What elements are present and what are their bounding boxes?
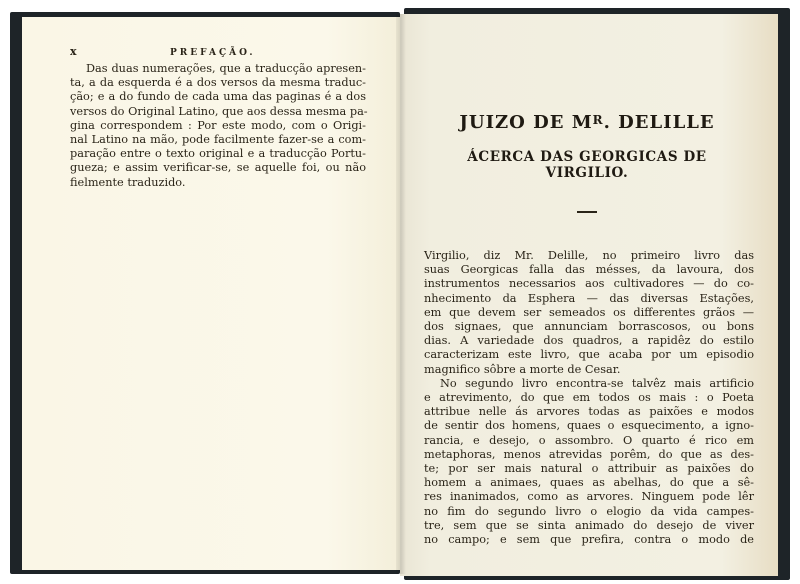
left-running-head: x PREFAÇÃO. xyxy=(70,45,384,58)
text-line: attribue nelle ás arvores todas as paixõ… xyxy=(424,405,754,419)
preface-paragraph: Das duas numerações, que a traducção apr… xyxy=(70,62,366,190)
text-line: dias. A variedade dos quadros, a rapidêz… xyxy=(424,334,754,348)
text-line: no fim do segundo livro o elogio da vida… xyxy=(424,505,754,519)
right-page: JUIZO DE MR. DELILLE ÁCERCA DAS GEORGICA… xyxy=(400,14,778,576)
chapter-subtitle: ÁCERCA DAS GEORGICAS DE VIRGILIO. xyxy=(424,149,750,181)
text-line: metaphoras, menos atrevidas porêm, do qu… xyxy=(424,448,754,462)
text-line: nhecimento da Esphera — das diversas Est… xyxy=(424,292,754,306)
text-line: tre, sem que se sinta animado do desejo … xyxy=(424,519,754,533)
chapter-title-block: JUIZO DE MR. DELILLE ÁCERCA DAS GEORGICA… xyxy=(424,112,750,213)
text-line: ta, a da esquerda é a dos versos da mesm… xyxy=(70,76,366,90)
text-line: instrumentos necessarios aos cultivadore… xyxy=(424,277,754,291)
chapter-body: Virgilio, diz Mr. Delille, no primeiro l… xyxy=(424,249,754,547)
text-line: versos do Original Latino, que aos dessa… xyxy=(70,105,366,119)
text-line: nal Latino na mão, pode facilmente fazer… xyxy=(70,133,366,147)
text-line: gueza; e assim verificar-se, se aquelle … xyxy=(70,161,366,175)
text-line: no campo; e sem que prefira, contra o mo… xyxy=(424,533,754,547)
running-head-title: PREFAÇÃO. xyxy=(170,48,256,58)
text-line: gina correspondem : Por este modo, com o… xyxy=(70,119,366,133)
text-line: res inanimados, como as arvores. Ninguem… xyxy=(424,490,754,504)
chapter-title: JUIZO DE MR. DELILLE xyxy=(424,112,750,133)
text-line: fielmente traduzido. xyxy=(70,176,366,190)
text-line: No segundo livro encontra-se talvêz mais… xyxy=(424,377,754,391)
title-rule-divider xyxy=(577,211,597,213)
text-line: de sentir dos homens, quaes o esquecimen… xyxy=(424,419,754,433)
left-page: x PREFAÇÃO. Das duas numerações, que a t… xyxy=(22,17,402,570)
text-line: Das duas numerações, que a traducção apr… xyxy=(70,62,366,76)
text-line: rancia, e desejo, o assombro. O quarto é… xyxy=(424,434,754,448)
text-line: em que devem ser semeados os differentes… xyxy=(424,306,754,320)
text-line: paração entre o texto original e a tradu… xyxy=(70,147,366,161)
text-line: te; por ser mais natural o attribuir as … xyxy=(424,462,754,476)
text-line: Virgilio, diz Mr. Delille, no primeiro l… xyxy=(424,249,754,263)
book-spine-shadow xyxy=(396,14,406,574)
text-line: e atrevimento, do que em todos os mais :… xyxy=(424,391,754,405)
page-number: x xyxy=(70,45,170,58)
text-line: homem a animaes, quaes as abelhas, do qu… xyxy=(424,476,754,490)
text-line: dos signaes, que annunciam borrascosos, … xyxy=(424,320,754,334)
text-line: magnifico sôbre a morte de Cesar. xyxy=(424,363,754,377)
text-line: suas Georgicas falla das mésses, da lavo… xyxy=(424,263,754,277)
text-line: ção; e a do fundo de cada uma das pagina… xyxy=(70,90,366,104)
text-line: caracterizam este livro, que acaba por u… xyxy=(424,348,754,362)
